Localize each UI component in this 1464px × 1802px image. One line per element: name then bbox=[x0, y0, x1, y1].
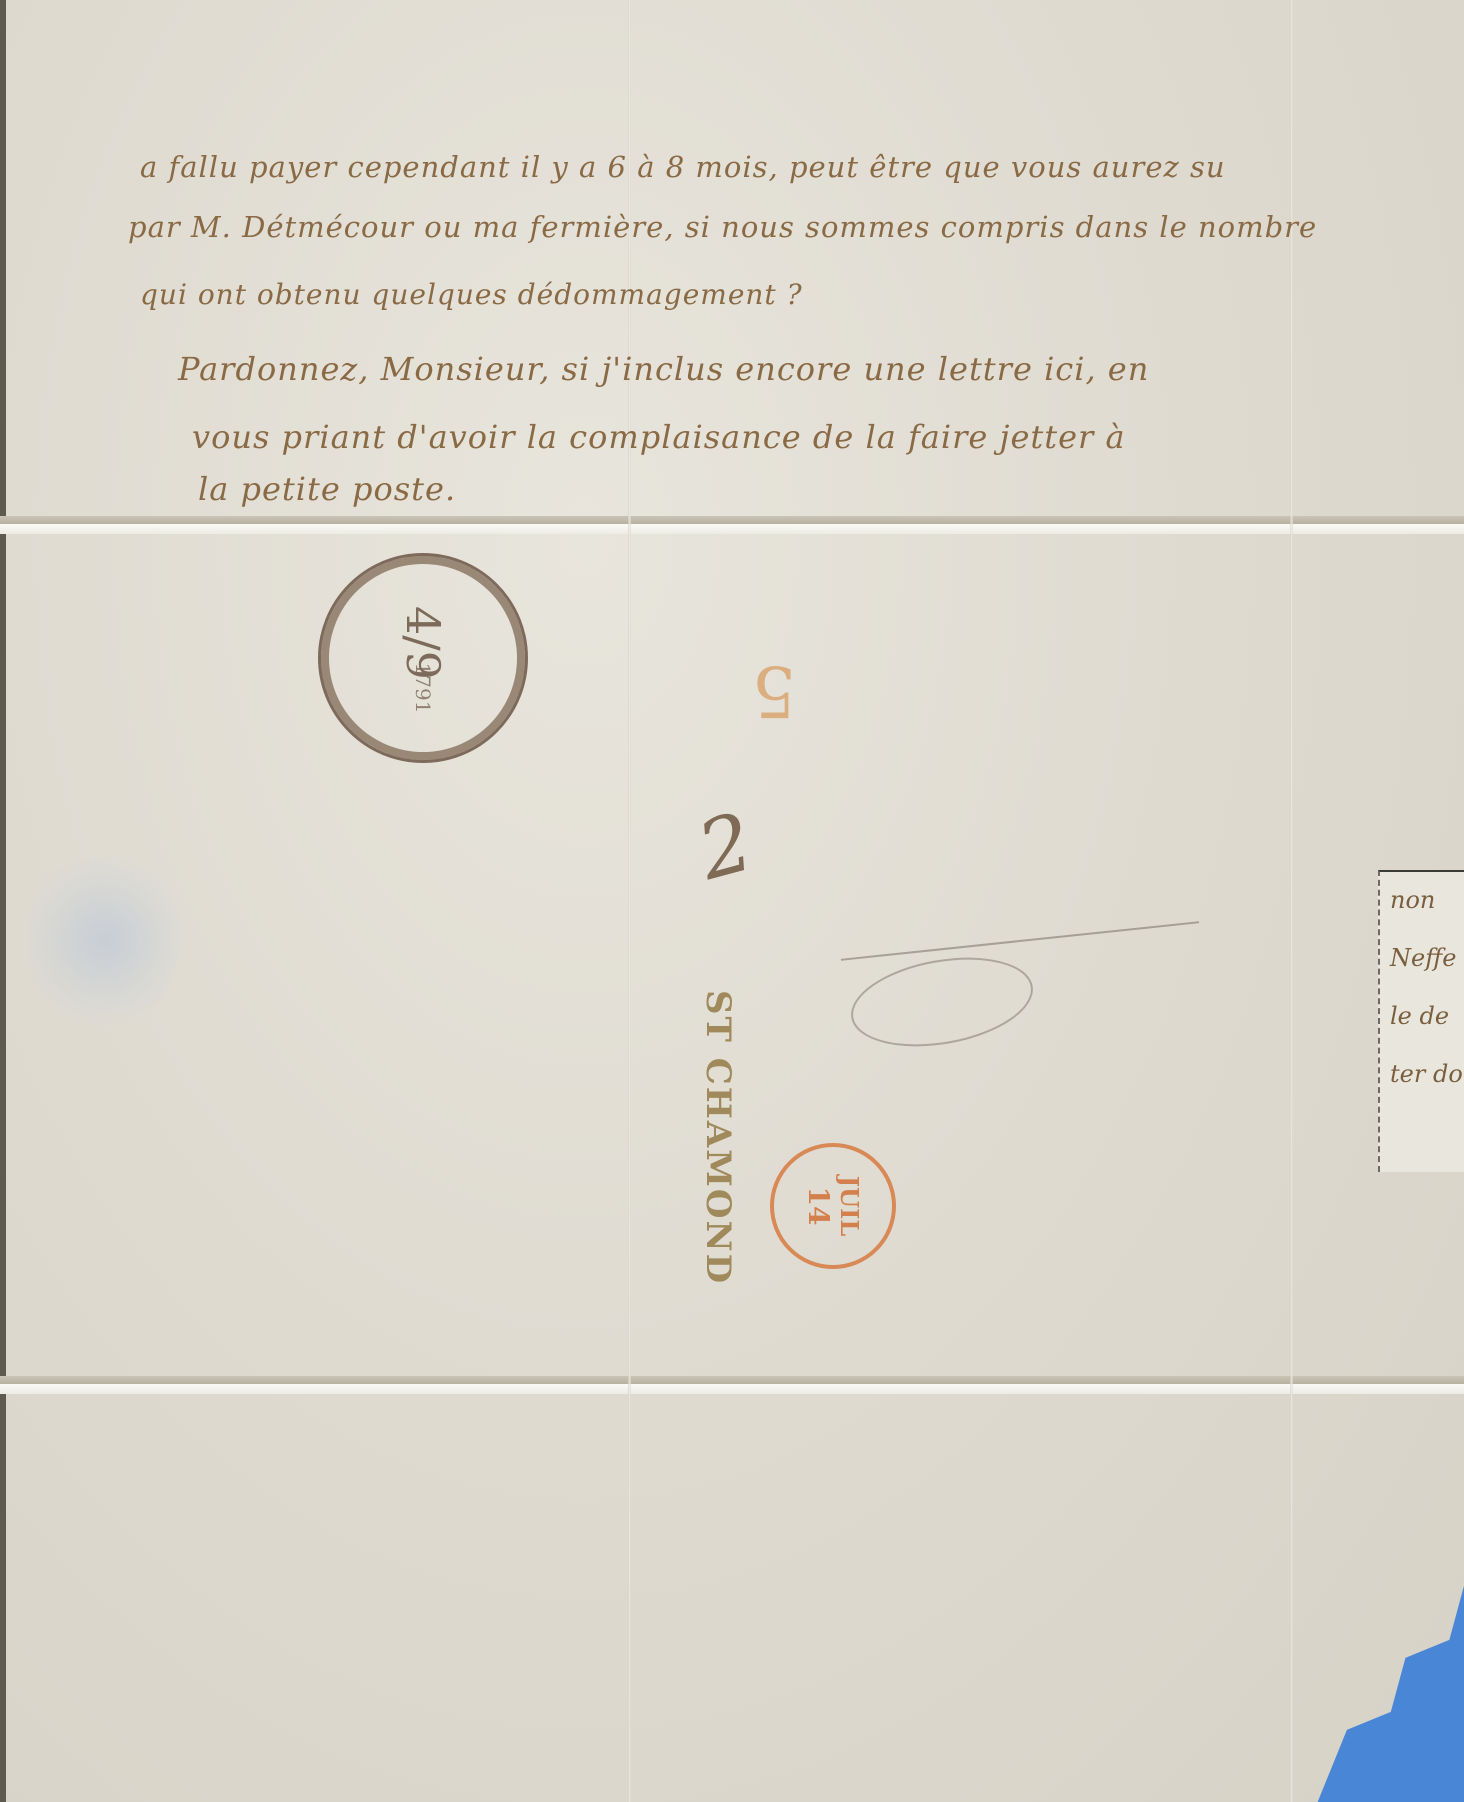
date-postmark-month: JUIL bbox=[835, 1176, 864, 1236]
circular-postmark-brown: 4/9 1791 bbox=[318, 553, 528, 763]
circular-date-postmark-orange: JUIL 14 bbox=[770, 1143, 896, 1269]
fragment-word-2: Neffe bbox=[1390, 944, 1464, 972]
fragment-word-4: ter do bbox=[1390, 1060, 1464, 1088]
wax-seal-residue bbox=[30, 850, 180, 1030]
fragment-word-3: le de bbox=[1390, 1002, 1464, 1030]
date-postmark-day: 14 bbox=[802, 1176, 835, 1236]
vertical-town-postmark: ST CHAMOND bbox=[698, 990, 738, 1285]
text-line-1: a fallu payer cependant il y a 6 à 8 moi… bbox=[140, 150, 1226, 184]
fragment-word-1: non bbox=[1390, 886, 1464, 914]
torn-margin-fragment: non Neffe le de ter do bbox=[1378, 870, 1464, 1172]
pencil-stroke bbox=[841, 921, 1199, 961]
postmark-edge-text: 1791 bbox=[411, 651, 435, 725]
sheet-left-edge bbox=[0, 0, 6, 1802]
pencil-scrawl bbox=[844, 945, 1040, 1060]
text-line-3: qui ont obtenu quelques dédommagement ? bbox=[140, 278, 803, 311]
horizontal-fold-upper bbox=[0, 516, 1464, 530]
text-line-4: Pardonnez, Monsieur, si j'inclus encore … bbox=[178, 350, 1149, 388]
text-line-2: par M. Détmécour ou ma fermière, si nous… bbox=[128, 210, 1317, 244]
manuscript-rate-mark: 2 bbox=[689, 795, 762, 898]
text-line-6: la petite poste. bbox=[198, 470, 456, 508]
vertical-fold-left bbox=[628, 0, 631, 1802]
vertical-fold-right bbox=[1290, 0, 1293, 1802]
horizontal-fold-lower bbox=[0, 1376, 1464, 1390]
letter-sheet: a fallu payer cependant il y a 6 à 8 moi… bbox=[0, 0, 1464, 1802]
text-line-5: vous priant d'avoir la complaisance de l… bbox=[192, 418, 1126, 456]
orange-numeral-mark: 5 bbox=[752, 650, 797, 732]
